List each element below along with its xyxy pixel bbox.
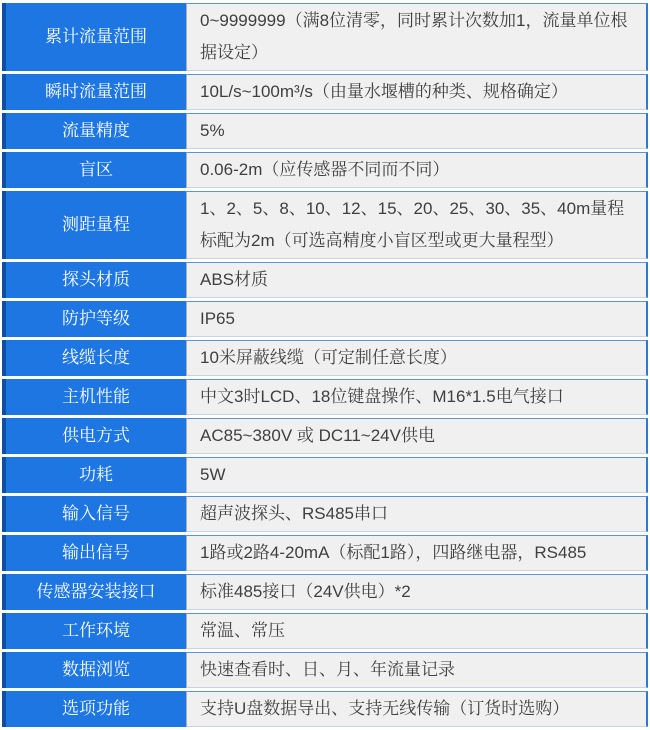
table-row: 线缆长度 10米屏蔽线缆（可定制任意长度） <box>2 340 648 376</box>
spec-label: 功耗 <box>2 457 186 493</box>
spec-value: 1、2、5、8、10、12、15、20、25、30、35、40m量程标配为2m（… <box>186 191 648 259</box>
spec-value: 快速查看时、日、月、年流量记录 <box>186 652 648 688</box>
spec-value: 10L/s~100m³/s（由量水堰槽的种类、规格确定） <box>186 74 648 110</box>
spec-value: 标准485接口（24V供电）*2 <box>186 574 648 610</box>
table-row: 输出信号 1路或2路4-20mA（标配1路），四路继电器，RS485 <box>2 535 648 571</box>
spec-value: 支持U盘数据导出、支持无线传输（订货时选购） <box>186 691 648 727</box>
spec-value: 5W <box>186 457 648 493</box>
spec-value: 超声波探头、RS485串口 <box>186 496 648 532</box>
spec-label: 供电方式 <box>2 418 186 454</box>
spec-label: 选项功能 <box>2 691 186 727</box>
spec-value: 0.06-2m（应传感器不同而不同） <box>186 152 648 188</box>
spec-label: 盲区 <box>2 152 186 188</box>
table-row: 主机性能 中文3时LCD、18位键盘操作、M16*1.5电气接口 <box>2 379 648 415</box>
table-row: 探头材质 ABS材质 <box>2 262 648 298</box>
spec-value: IP65 <box>186 301 648 337</box>
table-row: 累计流量范围 0~9999999（满8位清零，同时累计次数加1，流量单位根据设定… <box>2 3 648 71</box>
table-row: 流量精度 5% <box>2 113 648 149</box>
table-row: 传感器安装接口 标准485接口（24V供电）*2 <box>2 574 648 610</box>
spec-value: ABS材质 <box>186 262 648 298</box>
table-row: 瞬时流量范围 10L/s~100m³/s（由量水堰槽的种类、规格确定） <box>2 74 648 110</box>
table-row: 选项功能 支持U盘数据导出、支持无线传输（订货时选购） <box>2 691 648 727</box>
spec-label: 流量精度 <box>2 113 186 149</box>
spec-label: 防护等级 <box>2 301 186 337</box>
spec-label: 传感器安装接口 <box>2 574 186 610</box>
spec-value: 10米屏蔽线缆（可定制任意长度） <box>186 340 648 376</box>
spec-label: 探头材质 <box>2 262 186 298</box>
spec-value: 5% <box>186 113 648 149</box>
table-row: 盲区 0.06-2m（应传感器不同而不同） <box>2 152 648 188</box>
spec-value: AC85~380V 或 DC11~24V供电 <box>186 418 648 454</box>
spec-value: 中文3时LCD、18位键盘操作、M16*1.5电气接口 <box>186 379 648 415</box>
spec-label: 瞬时流量范围 <box>2 74 186 110</box>
table-row: 工作环境 常温、常压 <box>2 613 648 649</box>
spec-label: 主机性能 <box>2 379 186 415</box>
spec-label: 输入信号 <box>2 496 186 532</box>
table-row: 防护等级 IP65 <box>2 301 648 337</box>
spec-label: 工作环境 <box>2 613 186 649</box>
table-row: 功耗 5W <box>2 457 648 493</box>
spec-label: 累计流量范围 <box>2 3 186 71</box>
table-row: 测距量程 1、2、5、8、10、12、15、20、25、30、35、40m量程标… <box>2 191 648 259</box>
spec-value: 常温、常压 <box>186 613 648 649</box>
table-row: 数据浏览 快速查看时、日、月、年流量记录 <box>2 652 648 688</box>
spec-value: 0~9999999（满8位清零，同时累计次数加1，流量单位根据设定） <box>186 3 648 71</box>
table-row: 供电方式 AC85~380V 或 DC11~24V供电 <box>2 418 648 454</box>
spec-label: 数据浏览 <box>2 652 186 688</box>
spec-value: 1路或2路4-20mA（标配1路），四路继电器，RS485 <box>186 535 648 571</box>
spec-table: 累计流量范围 0~9999999（满8位清零，同时累计次数加1，流量单位根据设定… <box>2 3 648 727</box>
table-row: 输入信号 超声波探头、RS485串口 <box>2 496 648 532</box>
spec-label: 测距量程 <box>2 191 186 259</box>
spec-label: 输出信号 <box>2 535 186 571</box>
spec-label: 线缆长度 <box>2 340 186 376</box>
